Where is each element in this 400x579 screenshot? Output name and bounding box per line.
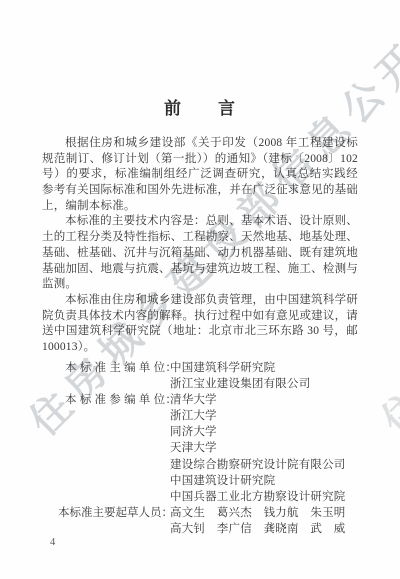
paragraph-line: 根据住房和城乡建设部《关于印发（2008 年工程建设标准 xyxy=(42,136,358,152)
participating-units-row: 建设综合勘察研究设计院有限公司 xyxy=(170,457,382,473)
paragraph-line: 基础、桩基础、沉井与沉箱基础、动力机器基础、既有建筑地基 xyxy=(42,246,358,262)
participating-units-value: 中国兵器工业北方勘察设计研究院 xyxy=(170,491,346,503)
participating-units-row: 天津大学 xyxy=(170,440,382,456)
document-page: 住房城乡建设部信息公开 住房城乡建设部信息公开 前 言 根据住房和城乡建设部《关… xyxy=(0,0,400,579)
paragraph-line: 基础加固、地震与抗震、基坑与建筑边坡工程、施工、检测与 xyxy=(42,262,358,278)
main-drafters-row: 本标准主要起草人员：高文生 葛兴杰 钱力航 朱玉明 xyxy=(42,505,382,521)
paragraph-line: 参考有关国际标准和国外先进标准，并在广泛征求意见的基础 xyxy=(42,183,358,199)
main-drafters-label: 本标准主要起草人员： xyxy=(58,505,170,521)
paragraph-line: 监测。 xyxy=(42,277,358,293)
participating-units-value: 清华大学 xyxy=(170,394,217,406)
chief-editing-units-row: 浙江宝业建设集团有限公司 xyxy=(170,376,382,392)
main-drafters-value: 高文生 葛兴杰 钱力航 朱玉明 xyxy=(170,507,346,519)
paragraph: 本标准由住房和城乡建设部负责管理，由中国建筑科学研究院负责具体技术内容的解释。执… xyxy=(42,293,358,356)
paragraph-line: 土的工程分类及特性指标、工程勘察、天然地基、地基处理、浅 xyxy=(42,230,358,246)
foreword-body: 根据住房和城乡建设部《关于印发（2008 年工程建设标准规范制订、修订计划（第一… xyxy=(42,136,358,356)
chief-editing-units-label: 本 标 准 主 编 单 位： xyxy=(65,360,170,376)
participating-units-row: 中国兵器工业北方勘察设计研究院 xyxy=(170,489,382,505)
page-number: 4 xyxy=(50,537,55,548)
participating-units-row: 同济大学 xyxy=(170,424,382,440)
page-title: 前 言 xyxy=(0,94,400,119)
paragraph: 本标准的主要技术内容是：总则、基本术语、设计原则、岩土的工程分类及特性指标、工程… xyxy=(42,214,358,292)
paragraph-line: 院负责具体技术内容的解释。执行过程中如有意见或建议，请寄 xyxy=(42,309,358,325)
paragraph-line: 规范制订、修订计划（第一批））的通知》（建标〔2008〕102 xyxy=(42,152,358,168)
participating-units-value: 浙江大学 xyxy=(170,410,217,422)
paragraph-line: 上，编制本标准。 xyxy=(42,199,358,215)
participating-units-value: 同济大学 xyxy=(170,426,217,438)
chief-editing-units-row: 本 标 准 主 编 单 位：中国建筑科学研究院 xyxy=(42,360,382,376)
paragraph-line: 送中国建筑科学研究院（地址：北京市北三环东路 30 号，邮编： xyxy=(42,324,358,340)
paragraph-line: 100013）。 xyxy=(42,340,358,356)
participating-units-label: 本 标 准 参 编 单 位： xyxy=(65,392,170,408)
credits-section: 本 标 准 主 编 单 位：中国建筑科学研究院浙江宝业建设集团有限公司本 标 准… xyxy=(42,360,382,537)
paragraph-line: 本标准由住房和城乡建设部负责管理，由中国建筑科学研究 xyxy=(42,293,358,309)
main-drafters-row: 高大钊 李广信 龚晓南 武 威 xyxy=(170,521,382,537)
participating-units-value: 天津大学 xyxy=(170,442,217,454)
participating-units-row: 中国建筑设计研究院 xyxy=(170,473,382,489)
participating-units-row: 本 标 准 参 编 单 位：清华大学 xyxy=(42,392,382,408)
participating-units-row: 浙江大学 xyxy=(170,408,382,424)
chief-editing-units-value: 浙江宝业建设集团有限公司 xyxy=(170,378,310,390)
paragraph-line: 本标准的主要技术内容是：总则、基本术语、设计原则、岩 xyxy=(42,214,358,230)
chief-editing-units-value: 中国建筑科学研究院 xyxy=(170,362,275,374)
paragraph-line: 号）的要求，标准编制组经广泛调查研究，认真总结实践经验， xyxy=(42,167,358,183)
main-drafters-value: 高大钊 李广信 龚晓南 武 威 xyxy=(170,523,346,535)
participating-units-value: 建设综合勘察研究设计院有限公司 xyxy=(170,459,346,471)
participating-units-value: 中国建筑设计研究院 xyxy=(170,475,275,487)
paragraph: 根据住房和城乡建设部《关于印发（2008 年工程建设标准规范制订、修订计划（第一… xyxy=(42,136,358,214)
